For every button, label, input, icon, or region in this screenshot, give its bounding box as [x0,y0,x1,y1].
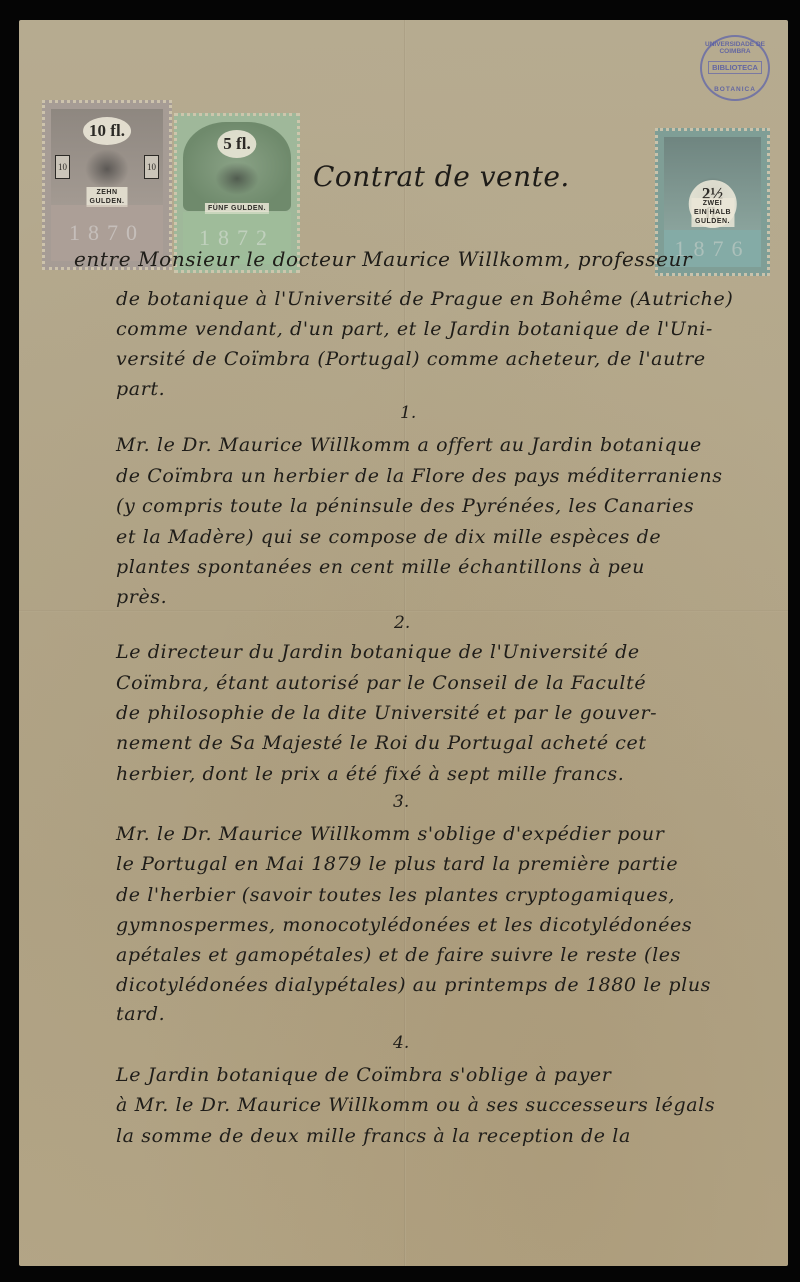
article-line: tard. [116,1003,165,1025]
stamp-side-value: 10 [55,155,70,179]
preamble-line: part. [116,378,165,400]
article-line: herbier, dont le prix a été fixé à sept … [116,763,624,785]
article-number: 3. [393,792,409,812]
article-line: Le directeur du Jardin botanique de l'Un… [116,641,640,663]
article-line: le Portugal en Mai 1879 le plus tard la … [116,853,678,875]
article-line: de philosophie de la dite Université et … [116,702,657,724]
seated-figure-icon [215,162,258,195]
article-line: de l'herbier (savoir toutes les plantes … [116,884,675,906]
stamp-side-value: 10 [144,155,159,179]
stamp-label: ZWEI EIN HALB GULDEN. [691,198,734,227]
seal-center-text: BIBLIOTECA [708,61,762,74]
article-line: de Coïmbra un herbier de la Flore des pa… [116,465,723,487]
preamble-line: de botanique à l'Université de Prague en… [116,288,733,310]
article-line: (y compris toute la péninsule des Pyréné… [116,495,694,517]
seal-ring-bottom-text: BOTANICA [702,86,768,93]
article-line: Mr. le Dr. Maurice Willkomm s'oblige d'e… [116,823,664,845]
article-line: Mr. le Dr. Maurice Willkomm a offert au … [116,434,702,456]
stamp-value: 5 fl. [217,130,256,158]
revenue-stamp-10-gulden: 10 fl. 10 10 ZEHN GULDEN. 1870 [42,100,172,270]
stamp-value: 10 fl. [83,117,131,145]
article-line: et la Madère) qui se compose de dix mill… [116,526,661,548]
preamble-line: comme vendant, d'un part, et le Jardin b… [116,318,713,340]
article-number: 1. [400,403,416,423]
article-line: Coïmbra, étant autorisé par le Conseil d… [116,672,646,694]
article-line: nement de Sa Majesté le Roi du Portugal … [116,732,647,754]
article-line: Le Jardin botanique de Coïmbra s'oblige … [116,1064,611,1086]
article-line: la somme de deux mille francs à la recep… [116,1125,631,1147]
article-number: 4. [393,1033,409,1053]
article-line: gymnospermes, monocotylédonées et les di… [116,914,692,936]
article-line: à Mr. le Dr. Maurice Willkomm ou à ses s… [116,1094,715,1116]
horizontal-fold-crease [19,610,788,612]
preamble-line: entre Monsieur le docteur Maurice Willko… [74,247,692,271]
article-number: 2. [394,613,410,633]
library-seal-stamp: UNIVERSIDADE DE COIMBRA BIBLIOTECA BOTAN… [700,35,770,101]
article-line: apétales et gamopétales) et de faire sui… [116,944,681,966]
document-title: Contrat de vente. [313,160,570,193]
article-line: plantes spontanées en cent mille échanti… [116,556,645,578]
article-line: dicotylédonées dialypétales) au printemp… [116,974,711,996]
seal-ring-top-text: UNIVERSIDADE DE COIMBRA [702,41,768,55]
article-line: près. [116,586,167,608]
allegorical-figures-icon [85,149,130,189]
preamble-line: versité de Coïmbra (Portugal) comme ache… [116,348,706,370]
stamp-label: ZEHN GULDEN. [87,187,128,207]
